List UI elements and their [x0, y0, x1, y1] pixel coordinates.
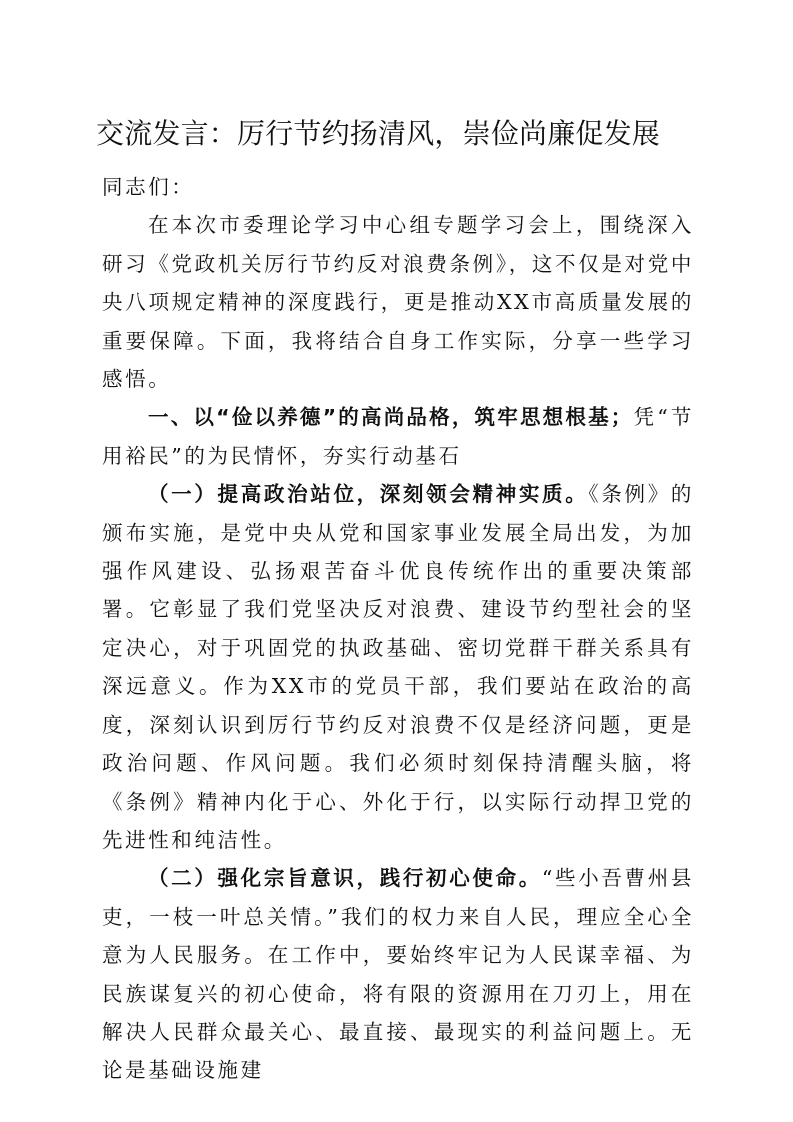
subsection-1-lead: （一）提高政治站位，深刻领会精神实质。 — [148, 482, 588, 506]
section-1-heading-bold: 一、以“俭以养德”的高尚品格，筑牢思想根基； — [148, 405, 633, 429]
intro-paragraph: 在本次市委理论学习中心组专题学习会上，围绕深入研习《党政机关厉行节约反对浪费条例… — [102, 206, 694, 398]
salutation: 同志们： — [102, 168, 694, 206]
subsection-1-paragraph: （一）提高政治站位，深刻领会精神实质。《条例》的颁布实施，是党中央从党和国家事业… — [102, 475, 694, 859]
subsection-2-paragraph: （二）强化宗旨意识，践行初心使命。“些小吾曹州县吏，一枝一叶总关情。”我们的权力… — [102, 859, 694, 1089]
document-title: 交流发言：厉行节约扬清风，崇俭尚廉促发展 — [96, 114, 696, 154]
subsection-1-body: 《条例》的颁布实施，是党中央从党和国家事业发展全局出发，为加强作风建设、弘扬艰苦… — [102, 482, 694, 852]
section-1-heading: 一、以“俭以养德”的高尚品格，筑牢思想根基；凭“节用裕民”的为民情怀，夯实行动基… — [102, 398, 694, 475]
document-page: 交流发言：厉行节约扬清风，崇俭尚廉促发展 同志们： 在本次市委理论学习中心组专题… — [0, 0, 793, 1122]
subsection-2-body: “些小吾曹州县吏，一枝一叶总关情。”我们的权力来自人民，理应全心全意为人民服务。… — [102, 866, 694, 1082]
subsection-2-lead: （二）强化宗旨意识，践行初心使命。 — [148, 866, 542, 890]
document-body: 同志们： 在本次市委理论学习中心组专题学习会上，围绕深入研习《党政机关厉行节约反… — [102, 168, 694, 1090]
